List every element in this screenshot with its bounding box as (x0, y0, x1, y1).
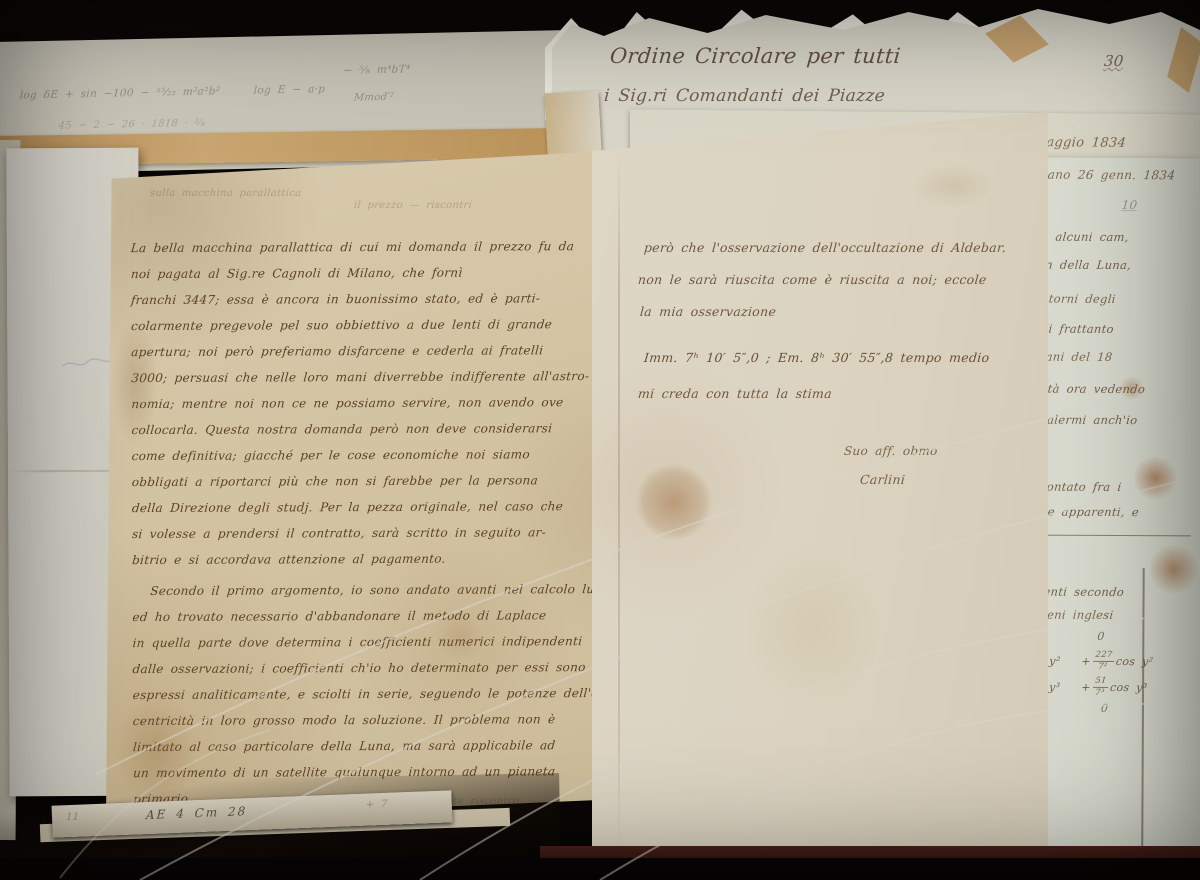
fragment-line: in della Luna, (1041, 258, 1132, 272)
manuscript-photo: log δE + sin −100 − ⁵⁵⁄₂₂ m²a²b² log E −… (0, 0, 1200, 880)
fold-crease (618, 152, 620, 852)
letter-line: limitato al caso particolare della Luna,… (132, 732, 639, 760)
right-letter-page: però che l'osservazione dell'occultazion… (592, 112, 1048, 864)
letter-line: non le sarà riuscita come è riuscita a n… (637, 272, 987, 287)
letter-line: La bella macchina parallattica di cui mi… (130, 233, 637, 261)
math-zero: 0 (1097, 630, 1106, 643)
ordine-title-line1: Ordine Circolare per tutti (609, 44, 902, 68)
letter-line: la mia osservazione (639, 304, 777, 319)
math-lead: y³ (1049, 681, 1061, 694)
math-lead: y² (1049, 655, 1061, 668)
letter-line: Secondo il primo argomento, io sono anda… (131, 576, 638, 604)
letter-line: dalle osservazioni; i coefficienti ch'io… (132, 654, 639, 682)
letter-line: bitrio e si accordava attenzione al paga… (131, 545, 638, 573)
letter-line: franchi 3447; essa è ancora in buonissim… (130, 285, 637, 313)
letter-line: colarmente pregevole pel suo obbiettivo … (130, 311, 637, 339)
letter-line: apertura; noi però preferiamo disfarcene… (130, 337, 637, 365)
math-term-2: y³ +517³cos y³ (1048, 678, 1148, 699)
letter-line: però che l'osservazione dell'occultazion… (643, 240, 1007, 255)
letter-line: collocarla. Questa nostra domanda però n… (131, 415, 638, 443)
formula-note-3: − ⁵⁄₈ m⁴bT⁴ (343, 63, 411, 76)
letter-line: come definitiva; giacché per le cose eco… (131, 441, 638, 469)
ordine-title-line2: i Sig.ri Comandanti dei Piazze (603, 86, 886, 106)
formula-note-2: log E − a·p (253, 83, 325, 97)
letter-line: ed ho trovato necessario d'abbandonare i… (131, 602, 638, 630)
signature-closing: Suo aff. obmo (843, 444, 938, 458)
letter-line: nomia; mentre noi non ce ne possiamo ser… (130, 389, 637, 417)
fragment-line: contato fra i (1039, 480, 1122, 494)
math-sign: + (1081, 681, 1092, 694)
letter-line: centricità in loro grosso modo la soluzi… (132, 706, 639, 734)
math-numerator: 227 (1093, 651, 1115, 662)
math-tail: cos y² (1115, 655, 1154, 668)
page-stain (912, 164, 996, 208)
left-header-note-2: il prezzo — riscontri (354, 200, 473, 211)
fragment-line: ntorni degli (1040, 292, 1116, 306)
fragment-line: età ora vedendo (1040, 382, 1146, 397)
letter-line: della Direzione degli studj. Per la pezz… (131, 493, 638, 521)
letter-line: in quella parte dove determina i coeffic… (131, 628, 638, 656)
foxing-stain (1134, 454, 1176, 502)
archive-label-text: AE 4 Cm 28 (146, 804, 248, 822)
ruled-divider (1036, 535, 1191, 537)
label-right-mark: + 7 (365, 799, 387, 811)
foxing-stain (1150, 542, 1198, 596)
right-column-page: ano 26 genn. 1834 10 e alcuni cam, in de… (1030, 158, 1200, 864)
letter-line: 3000; persuasi che nelle loro mani diver… (130, 363, 637, 391)
math-numerator: 51 (1093, 677, 1109, 688)
left-header-note: sulla macchina parallattica (150, 188, 302, 199)
fragment-line: di frattanto (1040, 322, 1114, 336)
label-left-number: 11 (66, 812, 80, 824)
fragment-line: he apparenti, e (1039, 505, 1139, 520)
letter-line: espressi analiticamente, e sciolti in se… (132, 680, 639, 708)
left-letter-body: La bella macchina parallattica di cui mi… (131, 233, 639, 812)
show-through-stain (742, 542, 882, 712)
letter-line: noi pagata al Sig.re Cagnoli di Milano, … (130, 259, 637, 287)
letter-line: mi creda con tutta la stima (637, 386, 832, 401)
fragment-line: beni inglesi (1039, 608, 1114, 622)
fragment-line: e alcuni cam, (1041, 230, 1130, 244)
pencil-folio-number: 10 (1121, 198, 1138, 212)
signature-name: Carlini (859, 472, 905, 487)
formula-note-4: Mmod′² (354, 92, 395, 104)
math-denominator: 7² (1098, 661, 1108, 671)
stacked-edge-strip (544, 91, 601, 158)
formula-note-1: log δE + sin −100 − ⁵⁵⁄₂₂ m²a²b² (19, 85, 220, 101)
math-denominator: 7³ (1095, 687, 1105, 697)
margin-rule (1141, 568, 1144, 858)
left-letter-page: sulla macchina parallattica il prezzo — … (106, 148, 662, 828)
fragment-line: ienti secondo (1039, 585, 1125, 599)
formula-note-5: 45 − 2 − 26 · 1818 · ³⁄₄ (58, 118, 205, 132)
math-term-1: y² +2277²cos y² (1048, 652, 1154, 673)
bottom-black-band (0, 858, 1200, 880)
math-sign: + (1081, 655, 1092, 668)
letter-line: obbligati a riportarci più che non si fa… (131, 467, 638, 495)
genn-dateline: ano 26 genn. 1834 (1047, 168, 1176, 183)
round-stain (636, 464, 712, 540)
math-zero: 0 (1100, 702, 1109, 715)
fragment-line: valermi anch'io (1040, 413, 1138, 428)
page-number: 30 (1103, 52, 1124, 70)
fragment-line: tani del 18 (1040, 350, 1113, 364)
letter-line: si volesse a prendersi il contratto, sar… (131, 519, 638, 547)
observation-times-line: Imm. 7ʰ 10′ 5″,0 ; Em. 8ʰ 30′ 55″,8 temp… (643, 350, 990, 365)
